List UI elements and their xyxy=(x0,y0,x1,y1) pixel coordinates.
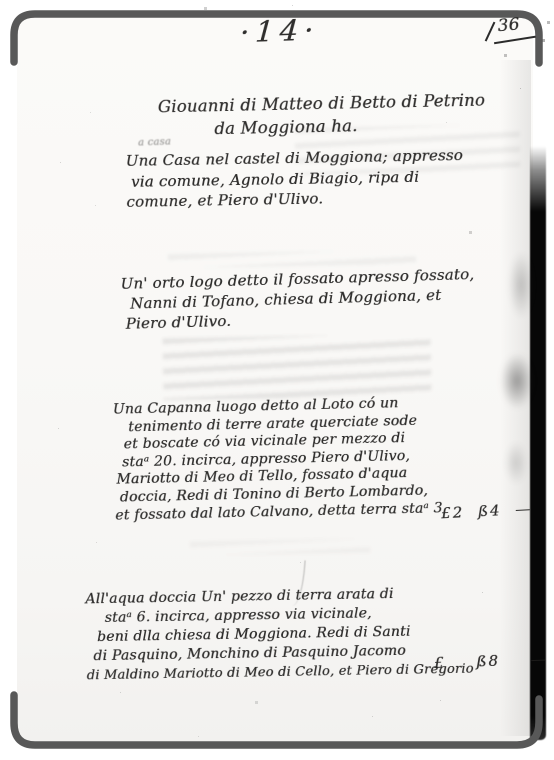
folio-mark: 36 xyxy=(486,11,543,50)
property-entry: Un' orto logo detto il fossato apresso f… xyxy=(120,264,475,334)
folio-number: 36 xyxy=(497,15,521,37)
property-entry: All'aqua doccia Un' pezzo di terra arata… xyxy=(85,584,474,686)
folio-underline-stroke xyxy=(494,36,536,45)
marginal-note: a casa xyxy=(138,136,171,148)
manuscript-scan-page: ·14· 36 Giouanni di Matteo di Betto di P… xyxy=(0,0,554,760)
page-number: ·14· xyxy=(239,13,321,50)
property-entry: Una Capanna luogo detto al Loto có un te… xyxy=(113,394,443,525)
entry-heading: Giouanni di Matteo di Betto di Petrino d… xyxy=(158,89,486,142)
property-entry: Una Casa nel castel di Moggiona; appress… xyxy=(125,145,463,212)
scan-frame-bottom-bracket xyxy=(14,695,539,745)
folio-slash-stroke xyxy=(485,22,496,42)
